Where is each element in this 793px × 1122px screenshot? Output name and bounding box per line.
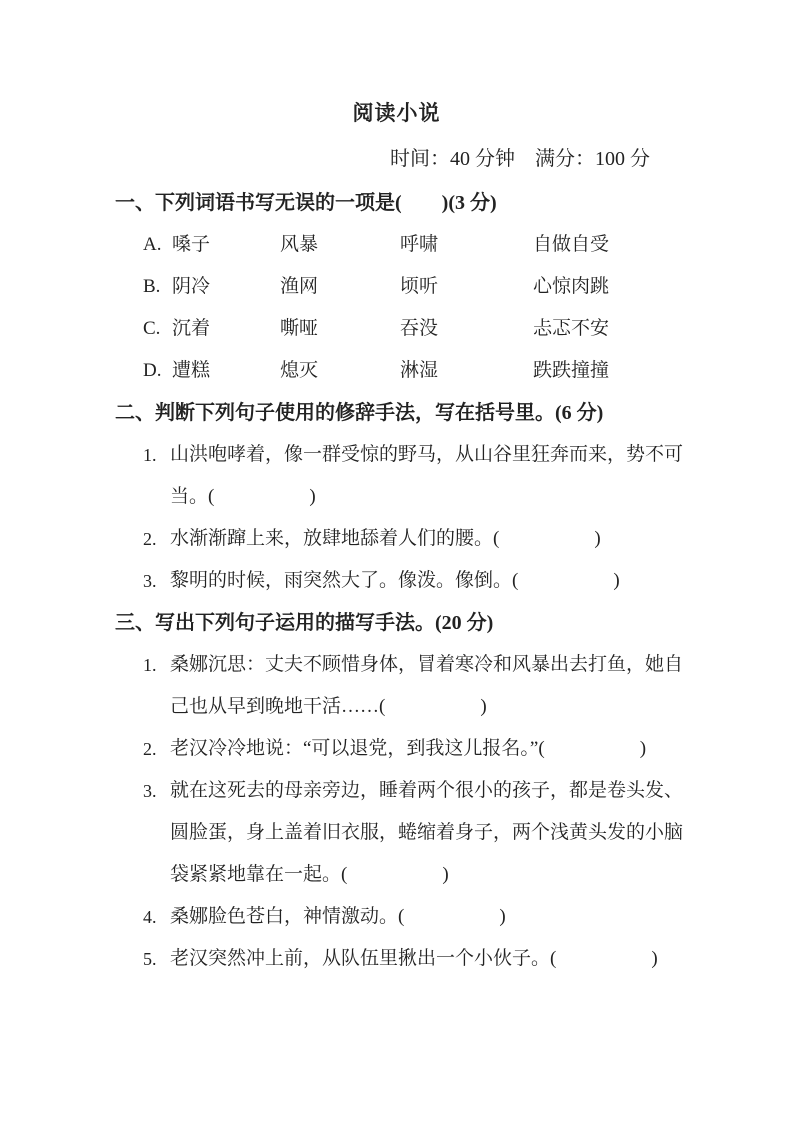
option-word: 呼啸: [400, 224, 533, 266]
question-item: 4. 桑娜脸色苍白，神情激动。( ): [143, 896, 687, 938]
option-word: 自做自受: [533, 224, 687, 266]
question-item: 2. 水渐渐蹿上来，放肆地舔着人们的腰。( ): [143, 518, 687, 560]
item-number: 1.: [143, 434, 170, 476]
item-text: 老汉冷冷地说：“可以退党，到我这儿报名。”( ): [170, 728, 686, 770]
option-word: 熄灭: [280, 350, 400, 392]
option-letter: A.: [143, 224, 172, 266]
item-number: 2.: [143, 728, 170, 770]
item-text: 就在这死去的母亲旁边，睡着两个很小的孩子，都是卷头发、圆脸蛋，身上盖着旧衣服，蜷…: [170, 770, 686, 896]
option-row-b: B. 阴冷 渔网 顷听 心惊肉跳: [143, 266, 687, 308]
option-word: 嘶哑: [280, 308, 400, 350]
item-text: 桑娜沉思：丈夫不顾惜身体，冒着寒冷和风暴出去打鱼，她自己也从早到晚地干活……( …: [170, 644, 686, 728]
option-word: 顷听: [400, 266, 533, 308]
worksheet-body: 一、下列词语书写无误的一项是( )(3 分) A. 嗓子 风暴 呼啸 自做自受 …: [115, 182, 687, 980]
item-number: 4.: [143, 896, 170, 938]
page-title: 阅读小说: [0, 0, 793, 126]
option-word: 嗓子: [172, 224, 280, 266]
section-3-heading: 三、写出下列句子运用的描写手法。(20 分): [115, 602, 687, 644]
option-word: 渔网: [280, 266, 400, 308]
question-item: 3. 就在这死去的母亲旁边，睡着两个很小的孩子，都是卷头发、圆脸蛋，身上盖着旧衣…: [143, 770, 687, 896]
option-word: 沉着: [172, 308, 280, 350]
option-word: 淋湿: [400, 350, 533, 392]
option-word: 吞没: [400, 308, 533, 350]
item-number: 5.: [143, 938, 170, 980]
option-word: 跌跌撞撞: [533, 350, 687, 392]
option-word: 心惊肉跳: [533, 266, 687, 308]
option-word: 遭糕: [172, 350, 280, 392]
option-row-d: D. 遭糕 熄灭 淋湿 跌跌撞撞: [143, 350, 687, 392]
section-1-heading: 一、下列词语书写无误的一项是( )(3 分): [115, 182, 687, 224]
question-item: 1. 山洪咆哮着，像一群受惊的野马，从山谷里狂奔而来，势不可当。( ): [143, 434, 687, 518]
option-word: 忐忑不安: [533, 308, 687, 350]
question-item: 3. 黎明的时候，雨突然大了。像泼。像倒。( ): [143, 560, 687, 602]
option-word: 风暴: [280, 224, 400, 266]
item-text: 水渐渐蹿上来，放肆地舔着人们的腰。( ): [170, 518, 686, 560]
question-item: 2. 老汉冷冷地说：“可以退党，到我这儿报名。”( ): [143, 728, 687, 770]
item-number: 3.: [143, 770, 170, 812]
item-text: 山洪咆哮着，像一群受惊的野马，从山谷里狂奔而来，势不可当。( ): [170, 434, 686, 518]
option-row-a: A. 嗓子 风暴 呼啸 自做自受: [143, 224, 687, 266]
option-letter: B.: [143, 266, 172, 308]
item-text: 黎明的时候，雨突然大了。像泼。像倒。( ): [170, 560, 686, 602]
question-item: 5. 老汉突然冲上前，从队伍里揪出一个小伙子。( ): [143, 938, 687, 980]
option-letter: D.: [143, 350, 172, 392]
option-row-c: C. 沉着 嘶哑 吞没 忐忑不安: [143, 308, 687, 350]
exam-meta-line: 时间：40 分钟 满分：100 分: [390, 146, 793, 172]
item-number: 1.: [143, 644, 170, 686]
item-text: 桑娜脸色苍白，神情激动。( ): [170, 896, 686, 938]
option-letter: C.: [143, 308, 172, 350]
item-text: 老汉突然冲上前，从队伍里揪出一个小伙子。( ): [170, 938, 686, 980]
item-number: 2.: [143, 518, 170, 560]
question-item: 1. 桑娜沉思：丈夫不顾惜身体，冒着寒冷和风暴出去打鱼，她自己也从早到晚地干活……: [143, 644, 687, 728]
item-number: 3.: [143, 560, 170, 602]
option-word: 阴冷: [172, 266, 280, 308]
worksheet-page: 阅读小说 时间：40 分钟 满分：100 分 一、下列词语书写无误的一项是( )…: [0, 0, 793, 1122]
section-2-heading: 二、判断下列句子使用的修辞手法，写在括号里。(6 分): [115, 392, 687, 434]
